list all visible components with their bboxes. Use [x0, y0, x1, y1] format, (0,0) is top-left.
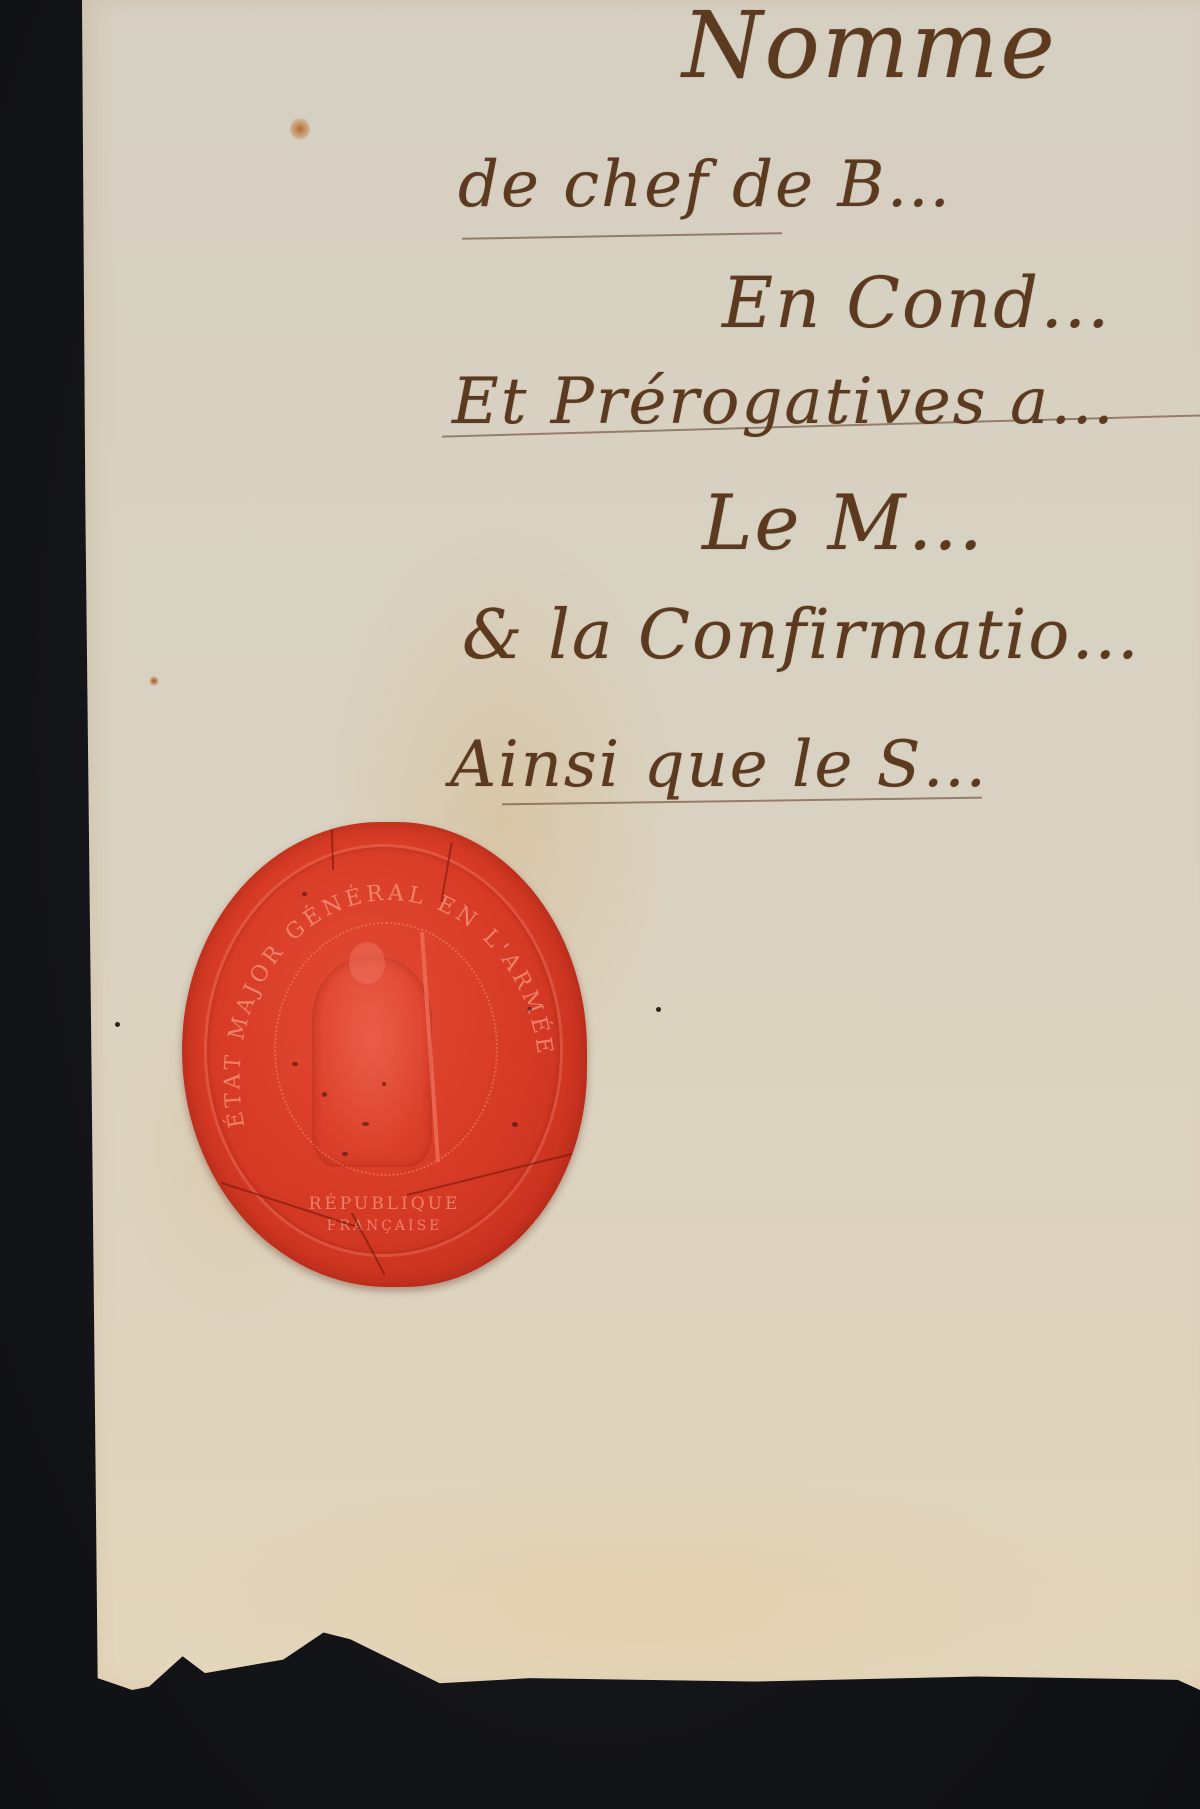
foxing-spot	[290, 118, 310, 140]
seal-inscription-bottom-2: FRANÇAISE	[182, 1218, 587, 1234]
manuscript-line-1: Nomme	[682, 0, 1057, 99]
soot-speck	[322, 1092, 327, 1097]
manuscript-line-7: Ainsi que le S…	[450, 728, 989, 802]
soot-speck	[382, 1082, 386, 1086]
soot-speck	[342, 1152, 348, 1156]
foxing-spot	[149, 676, 159, 686]
allegorical-figure	[312, 957, 432, 1167]
ink-dot	[656, 1007, 661, 1012]
soot-speck	[512, 1122, 518, 1127]
seal-inscription-bottom-1: RÉPUBLIQUE	[182, 1194, 587, 1214]
manuscript-line-5: Le M…	[702, 478, 985, 567]
soot-speck	[292, 1062, 298, 1066]
manuscript-line-6: & la Confirmatio…	[462, 596, 1141, 675]
manuscript-line-2: de chef de B…	[458, 148, 952, 222]
soot-speck	[362, 1122, 369, 1126]
ink-dot	[115, 1022, 120, 1027]
soot-speck	[302, 892, 307, 896]
red-wax-seal: ÉTAT MAJOR GÉNÉRAL EN L'ARMÉE RÉPUBLIQUE…	[182, 822, 587, 1287]
figure-head	[349, 942, 385, 984]
soot-speck	[527, 1007, 532, 1011]
underline-flourish	[462, 232, 782, 240]
manuscript-line-3: En Cond…	[722, 262, 1112, 344]
